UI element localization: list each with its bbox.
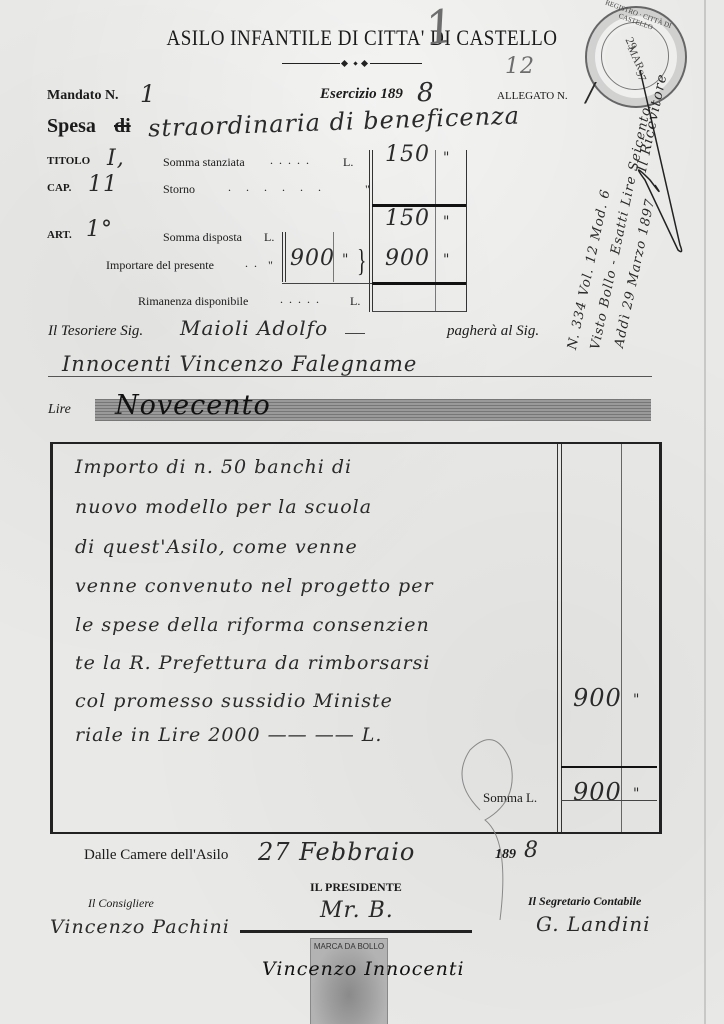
date-year-label: 189 (495, 847, 516, 863)
description-line: nuovo modello per la scuola (75, 496, 372, 518)
date-year-value: 8 (524, 838, 539, 863)
revenue-stamp: MARCA DA BOLLO (310, 938, 388, 1024)
subtotal-value: 150 (385, 206, 430, 231)
president-label: IL PRESIDENTE (310, 880, 402, 895)
description-line: di quest'Asilo, come venne (75, 536, 358, 558)
description-line: te la R. Prefettura da rimborsarsi (75, 652, 430, 674)
tesoriere-value: Maioli Adolfo (180, 316, 328, 340)
pencil-loop (440, 720, 550, 920)
consigliere-signature: Vincenzo Pachini (50, 916, 230, 938)
receiver-signature: Vincenzo Innocenti (262, 958, 465, 980)
date-day-month: 27 Febbraio (258, 838, 415, 866)
importare-value: 900 (385, 246, 430, 271)
description-line: Importo di n. 50 banchi di (75, 456, 352, 478)
president-signature-line (240, 930, 472, 933)
description-box: Importo di n. 50 banchi di nuovo modello… (50, 442, 662, 834)
segretario-label: Il Segretario Contabile (528, 894, 641, 909)
description-line: venne convenuto nel progetto per (75, 575, 434, 597)
paghera-label: pagherà al Sig. (447, 323, 539, 340)
description-line: col promesso sussidio Ministe (75, 690, 393, 712)
brace: } (357, 242, 366, 279)
segretario-signature: G. Landini (536, 912, 651, 936)
lire-label: Lire (48, 402, 71, 418)
description-amount: 900 (573, 684, 622, 712)
signature-flourish (620, 60, 690, 260)
somma-stanziata-value: 150 (385, 142, 430, 167)
place-label: Dalle Camere dell'Asilo (84, 847, 228, 864)
lire-value: Novecento (115, 390, 271, 421)
tesoriere-label: Il Tesoriere Sig. (48, 323, 143, 340)
payee-underline (48, 376, 652, 377)
consigliere-label: Il Consigliere (88, 896, 154, 911)
somma-value: 900 (573, 778, 622, 806)
payee-value: Innocenti Vincenzo Falegname (62, 352, 417, 376)
description-line: le spese della riforma consenzien (75, 614, 430, 636)
importare-left-value: 900 (290, 246, 335, 271)
president-signature: Mr. B. (320, 898, 394, 923)
description-line: riale in Lire 2000 —— —— L. (75, 724, 382, 746)
